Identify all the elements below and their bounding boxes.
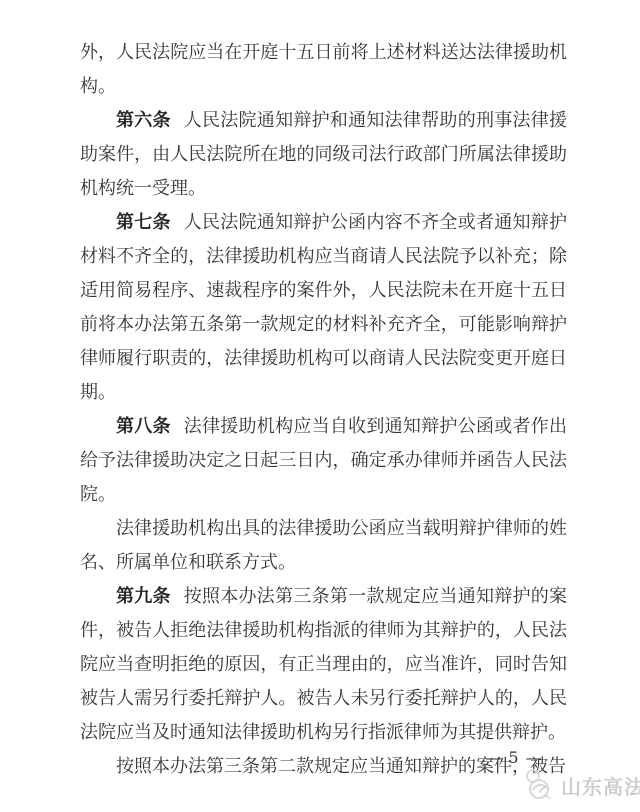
paragraph: 第九条按照本办法第三条第一款规定应当通知辩护的案件，被告人拒绝法律援助机构指派的…: [80, 580, 567, 750]
court-emblem-icon: [524, 768, 556, 802]
document-page: 外，人民法院应当在开庭十五日前将上述材料送达法律援助机构。 第六条人民法院通知辩…: [0, 0, 640, 812]
article-number: 第六条: [116, 110, 171, 131]
article-number: 第九条: [116, 586, 171, 607]
paragraph: 第七条人民法院通知辩护公函内容不齐全或者通知辩护材料不齐全的，法律援助机构应当商…: [80, 206, 567, 410]
paragraph-text: 法律援助机构出具的法律援助公函应当载明辩护律师的姓名、所属单位和联系方式。: [80, 518, 567, 573]
paragraph-text: 按照本办法第三条第一款规定应当通知辩护的案件，被告人拒绝法律援助机构指派的律师为…: [80, 586, 567, 743]
paragraph-text: 人民法院通知辩护公函内容不齐全或者通知辩护材料不齐全的，法律援助机构应当商请人民…: [80, 212, 567, 403]
paragraph-text: 外，人民法院应当在开庭十五日前将上述材料送达法律援助机构。: [80, 42, 567, 97]
paragraph: 外，人民法院应当在开庭十五日前将上述材料送达法律援助机构。: [80, 36, 567, 104]
paragraph: 第八条法律援助机构应当自收到通知辩护公函或者作出给予法律援助决定之日起三日内，确…: [80, 410, 567, 512]
document-text-block: 外，人民法院应当在开庭十五日前将上述材料送达法律援助机构。 第六条人民法院通知辩…: [80, 36, 567, 784]
article-number: 第八条: [116, 416, 171, 437]
paragraph: 法律援助机构出具的法律援助公函应当载明辩护律师的姓名、所属单位和联系方式。: [80, 512, 567, 580]
article-number: 第七条: [116, 212, 171, 233]
watermark-text: 山东高法: [561, 771, 640, 800]
page-number: — 5 —: [478, 748, 550, 767]
watermark: 山东高法: [524, 768, 640, 802]
paragraph: 第六条人民法院通知辩护和通知法律帮助的刑事法律援助案件，由人民法院所在地的同级司…: [80, 104, 567, 206]
